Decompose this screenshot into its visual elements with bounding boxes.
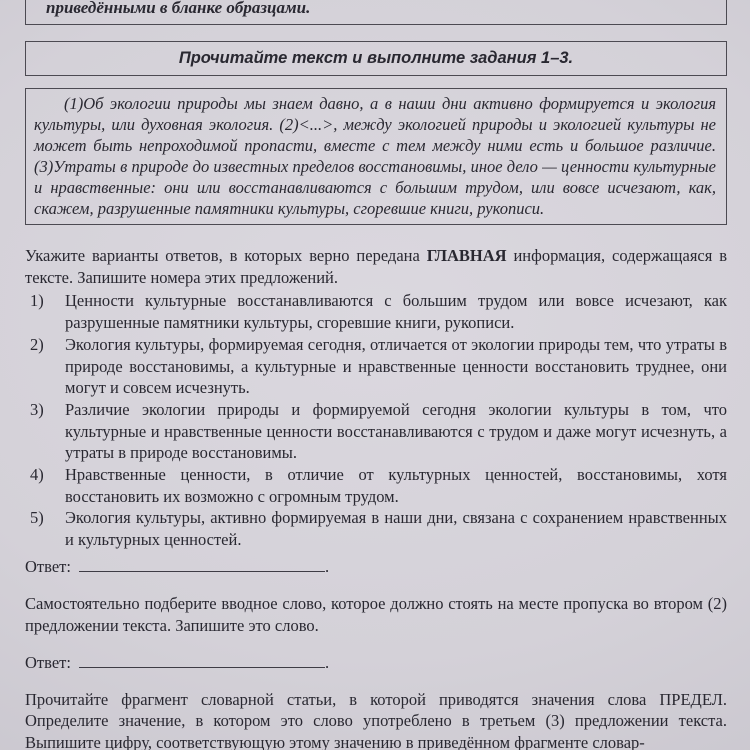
task1-answer-row: Ответ:.: [25, 557, 727, 579]
answer-blank-line: [79, 557, 325, 572]
task2-answer-row: Ответ:.: [25, 653, 727, 675]
option-number: 1): [25, 290, 65, 333]
task1-options: 1)Ценности культурные восстанавливаются …: [25, 290, 727, 550]
emphasis-text: ГЛАВНАЯ: [427, 246, 507, 265]
task-group-heading-box: Прочитайте текст и выполните задания 1–3…: [25, 41, 727, 76]
option-text: Экология культуры, активно формируемая в…: [65, 507, 727, 550]
answer-period: .: [325, 653, 329, 672]
text-passage: (1)Об экологии природы мы знаем давно, а…: [34, 93, 716, 219]
option-text: Экология культуры, формируемая сегодня, …: [65, 334, 727, 399]
answer-label: Ответ:: [25, 653, 71, 672]
option-row: 4)Нравственные ценности, в отличие от ку…: [25, 464, 727, 507]
option-row: 3)Различие экологии природы и формируемо…: [25, 399, 727, 464]
answer-label: Ответ:: [25, 557, 71, 576]
option-number: 5): [25, 507, 65, 550]
form-instructions-text: приведёнными в бланке образцами.: [46, 0, 310, 17]
option-text: Различие экологии природы и формируемой …: [65, 399, 727, 464]
option-number: 2): [25, 334, 65, 399]
option-text: Ценности культурные восстанавливаются с …: [65, 290, 727, 333]
answer-blank-line: [79, 653, 325, 668]
task2-text: Самостоятельно подберите вводное слово, …: [25, 593, 727, 636]
option-row: 1)Ценности культурные восстанавливаются …: [25, 290, 727, 333]
option-text: Нравственные ценности, в отличие от куль…: [65, 464, 727, 507]
option-row: 5)Экология культуры, активно формируемая…: [25, 507, 727, 550]
text-passage-box: (1)Об экологии природы мы знаем давно, а…: [25, 88, 727, 225]
task-group-heading: Прочитайте текст и выполните задания 1–3…: [179, 49, 573, 68]
plain-text: Укажите варианты ответов, в которых верн…: [25, 246, 427, 265]
form-instructions-box-partial: приведёнными в бланке образцами.: [25, 0, 727, 25]
option-number: 3): [25, 399, 65, 464]
option-row: 2)Экология культуры, формируемая сегодня…: [25, 334, 727, 399]
task3-text: Прочитайте фрагмент словарной статьи, в …: [25, 689, 727, 750]
option-number: 4): [25, 464, 65, 507]
task1-intro: Укажите варианты ответов, в которых верн…: [25, 245, 727, 288]
answer-period: .: [325, 557, 329, 576]
exam-page: приведёнными в бланке образцами. Прочита…: [0, 0, 750, 750]
